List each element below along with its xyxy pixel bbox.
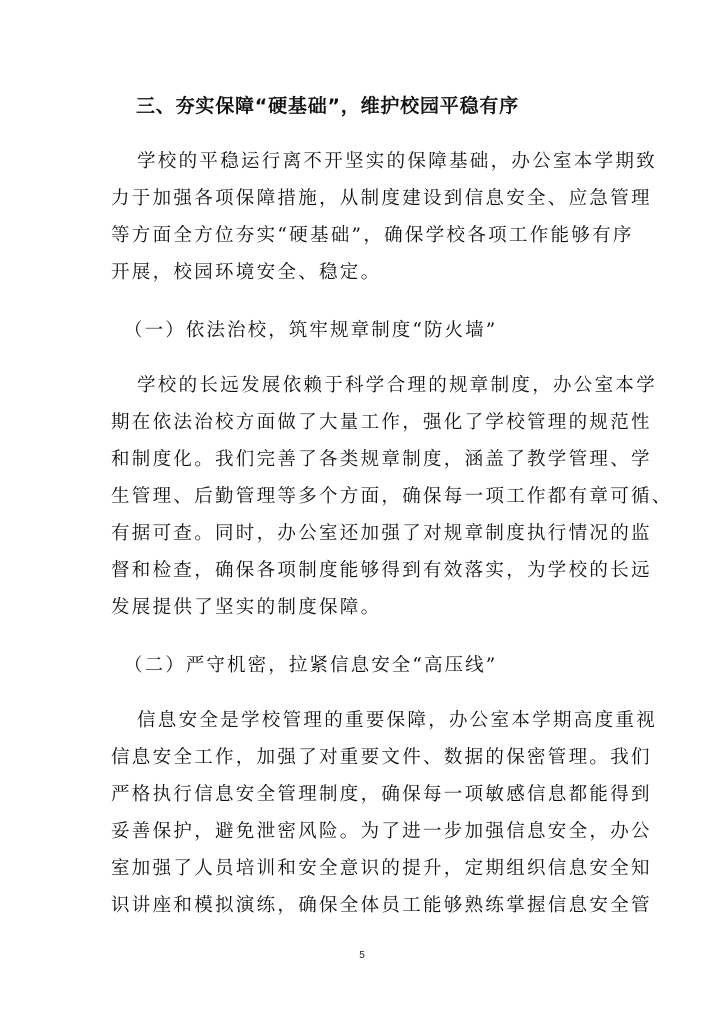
paragraph-line: 学校的长远发展依赖于科学合理的规章制度，办公室本学 [137,375,615,397]
paragraph-line: 生管理、后勤管理等多个方面，确保每一项工作都有章可循、 [111,486,615,508]
paragraph-line: 室加强了人员培训和安全意识的提升，定期组织信息安全知 [111,858,615,880]
paragraph-line: 等方面全方位夯实“硬基础”，确保学校各项工作能够有序 [111,225,615,247]
subsection-heading: （二）严守机密，拉紧信息安全“高压线” [124,655,628,677]
section-heading: 三、夯实保障“硬基础”，维护校园平稳有序 [136,95,640,117]
document-page: 三、夯实保障“硬基础”，维护校园平稳有序 学校的平稳运行离不开坚实的保障基础，办… [0,0,724,1024]
paragraph-line: 发展提供了坚实的制度保障。 [111,597,615,619]
paragraph-line: 有据可查。同时，办公室还加强了对规章制度执行情况的监 [111,523,615,545]
paragraph-line: 学校的平稳运行离不开坚实的保障基础，办公室本学期致 [137,151,615,173]
paragraph-line: 信息安全是学校管理的重要保障，办公室本学期高度重视 [137,710,615,732]
paragraph-line: 开展，校园环境安全、稳定。 [111,262,615,284]
paragraph-line: 信息安全工作，加强了对重要文件、数据的保密管理。我们 [111,747,615,769]
paragraph-line: 妥善保护，避免泄密风险。为了进一步加强信息安全，办公 [111,821,615,843]
paragraph-line: 督和检查，确保各项制度能够得到有效落实，为学校的长远 [111,560,615,582]
paragraph-line: 识讲座和模拟演练，确保全体员工能够熟练掌握信息安全管 [111,895,615,917]
paragraph-line: 期在依法治校方面做了大量工作，强化了学校管理的规范性 [111,412,615,434]
paragraph-line: 严格执行信息安全管理制度，确保每一项敏感信息都能得到 [111,784,615,806]
page-number: 5 [0,950,724,961]
subsection-heading: （一）依法治校，筑牢规章制度“防火墙” [124,320,628,342]
paragraph-line: 力于加强各项保障措施，从制度建设到信息安全、应急管理 [111,188,615,210]
paragraph-line: 和制度化。我们完善了各类规章制度，涵盖了教学管理、学 [111,449,615,471]
